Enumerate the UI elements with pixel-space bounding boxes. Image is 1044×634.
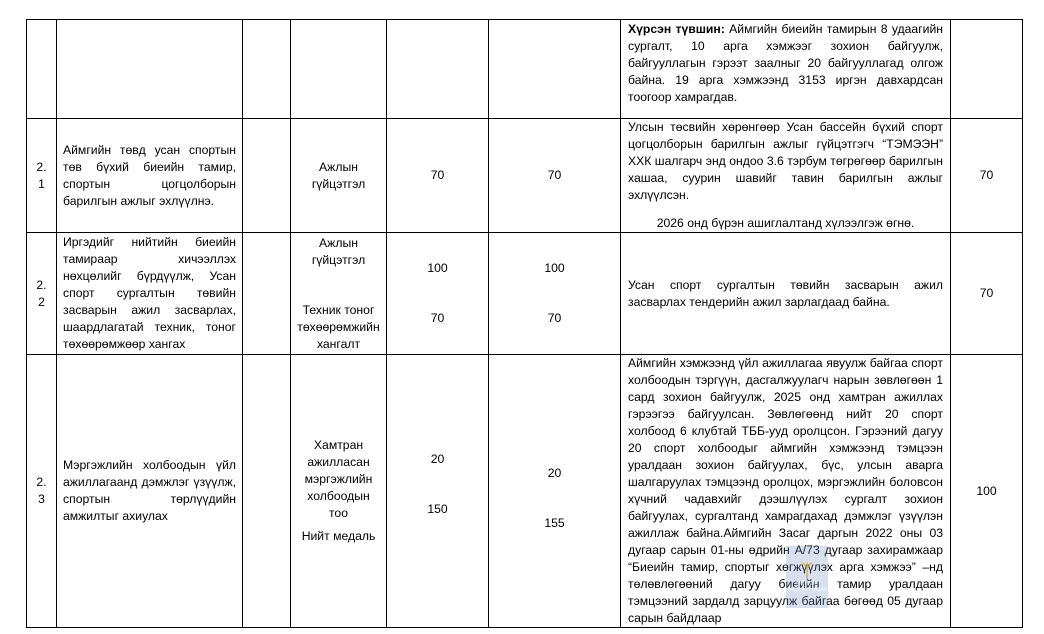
target-2: 155 <box>495 515 614 532</box>
achievement-cell: Аймгийн хэмжээнд үйл ажиллагаа явуулж ба… <box>621 355 951 628</box>
score-cell: 70 <box>951 233 1023 355</box>
baseline-cell: 70 <box>387 119 489 233</box>
indicator-1: Хамтран ажилласан мэргэжлийн холбоодын т… <box>297 437 380 522</box>
row-number-text: 2. 3 <box>36 475 46 506</box>
empty-cell <box>243 20 291 119</box>
table-row: 2. 1 Аймгийн төвд усан спортын төв бүхий… <box>27 119 1023 233</box>
row-number <box>27 20 57 119</box>
score-cell: 70 <box>951 119 1023 233</box>
target-cell: 100 70 <box>489 233 621 355</box>
target-1: 20 <box>495 465 614 482</box>
baseline-cell: 100 70 <box>387 233 489 355</box>
table-row: Хүрсэн түвшин: Аймгийн биеийн тамирын 8 … <box>27 20 1023 119</box>
empty-cell <box>243 119 291 233</box>
goal-cell: Аймгийн төвд усан спортын төв бүхий биеи… <box>57 119 243 233</box>
report-table: Хүрсэн түвшин: Аймгийн биеийн тамирын 8 … <box>26 19 1023 628</box>
row-number-text: 2. 1 <box>36 160 46 191</box>
achievement-label: Хүрсэн түвшин: <box>628 22 725 36</box>
baseline-2: 70 <box>393 310 482 327</box>
table-row: 2. 2 Иргэдийг нийтийн биеийн тамираар хи… <box>27 233 1023 355</box>
row-number: 2. 2 <box>27 233 57 355</box>
target-cell: 70 <box>489 119 621 233</box>
row-number: 2. 1 <box>27 119 57 233</box>
goal-cell: Мэргэжлийн холбоодын үйл ажиллагаанд дэм… <box>57 355 243 628</box>
indicator-cell: Ажлын гүйцэтгэл Техник тоног төхөөрөмжий… <box>291 233 387 355</box>
indicator-cell: Хамтран ажилласан мэргэжлийн холбоодын т… <box>291 355 387 628</box>
achievement-cell: Улсын төсвийн хөрөнгөөр Усан бассейн бүх… <box>621 119 951 233</box>
achievement-text: Улсын төсвийн хөрөнгөөр Усан бассейн бүх… <box>628 119 943 204</box>
baseline-2: 150 <box>393 501 482 518</box>
indicator-cell: Ажлын гүйцэтгэл <box>291 119 387 233</box>
empty-cell <box>243 233 291 355</box>
indicator-1: Ажлын гүйцэтгэл <box>297 235 380 269</box>
baseline-cell <box>387 20 489 119</box>
baseline-1: 100 <box>393 260 482 277</box>
row-number-text: 2. 2 <box>36 278 46 309</box>
achievement-note: 2026 онд бүрэн ашиглалтанд хүлээлгэж өгн… <box>628 215 943 232</box>
goal-cell <box>57 20 243 119</box>
row-number: 2. 3 <box>27 355 57 628</box>
target-cell <box>489 20 621 119</box>
indicator-2: Нийт медаль <box>297 528 380 545</box>
target-2: 70 <box>495 310 614 327</box>
baseline-1: 20 <box>393 451 482 468</box>
target-1: 100 <box>495 260 614 277</box>
achievement-cell: Усан спорт сургалтын төвийн засварын ажи… <box>621 233 951 355</box>
indicator-cell <box>291 20 387 119</box>
table-row: 2. 3 Мэргэжлийн холбоодын үйл ажиллагаан… <box>27 355 1023 628</box>
empty-cell <box>243 355 291 628</box>
goal-cell: Иргэдийг нийтийн биеийн тамираар хичээлл… <box>57 233 243 355</box>
indicator-2: Техник тоног төхөөрөмжийн хангалт <box>297 302 380 353</box>
score-cell: 100 <box>951 355 1023 628</box>
achievement-cell: Хүрсэн түвшин: Аймгийн биеийн тамирын 8 … <box>621 20 951 119</box>
baseline-cell: 20 150 <box>387 355 489 628</box>
target-cell: 20 155 <box>489 355 621 628</box>
score-cell <box>951 20 1023 119</box>
